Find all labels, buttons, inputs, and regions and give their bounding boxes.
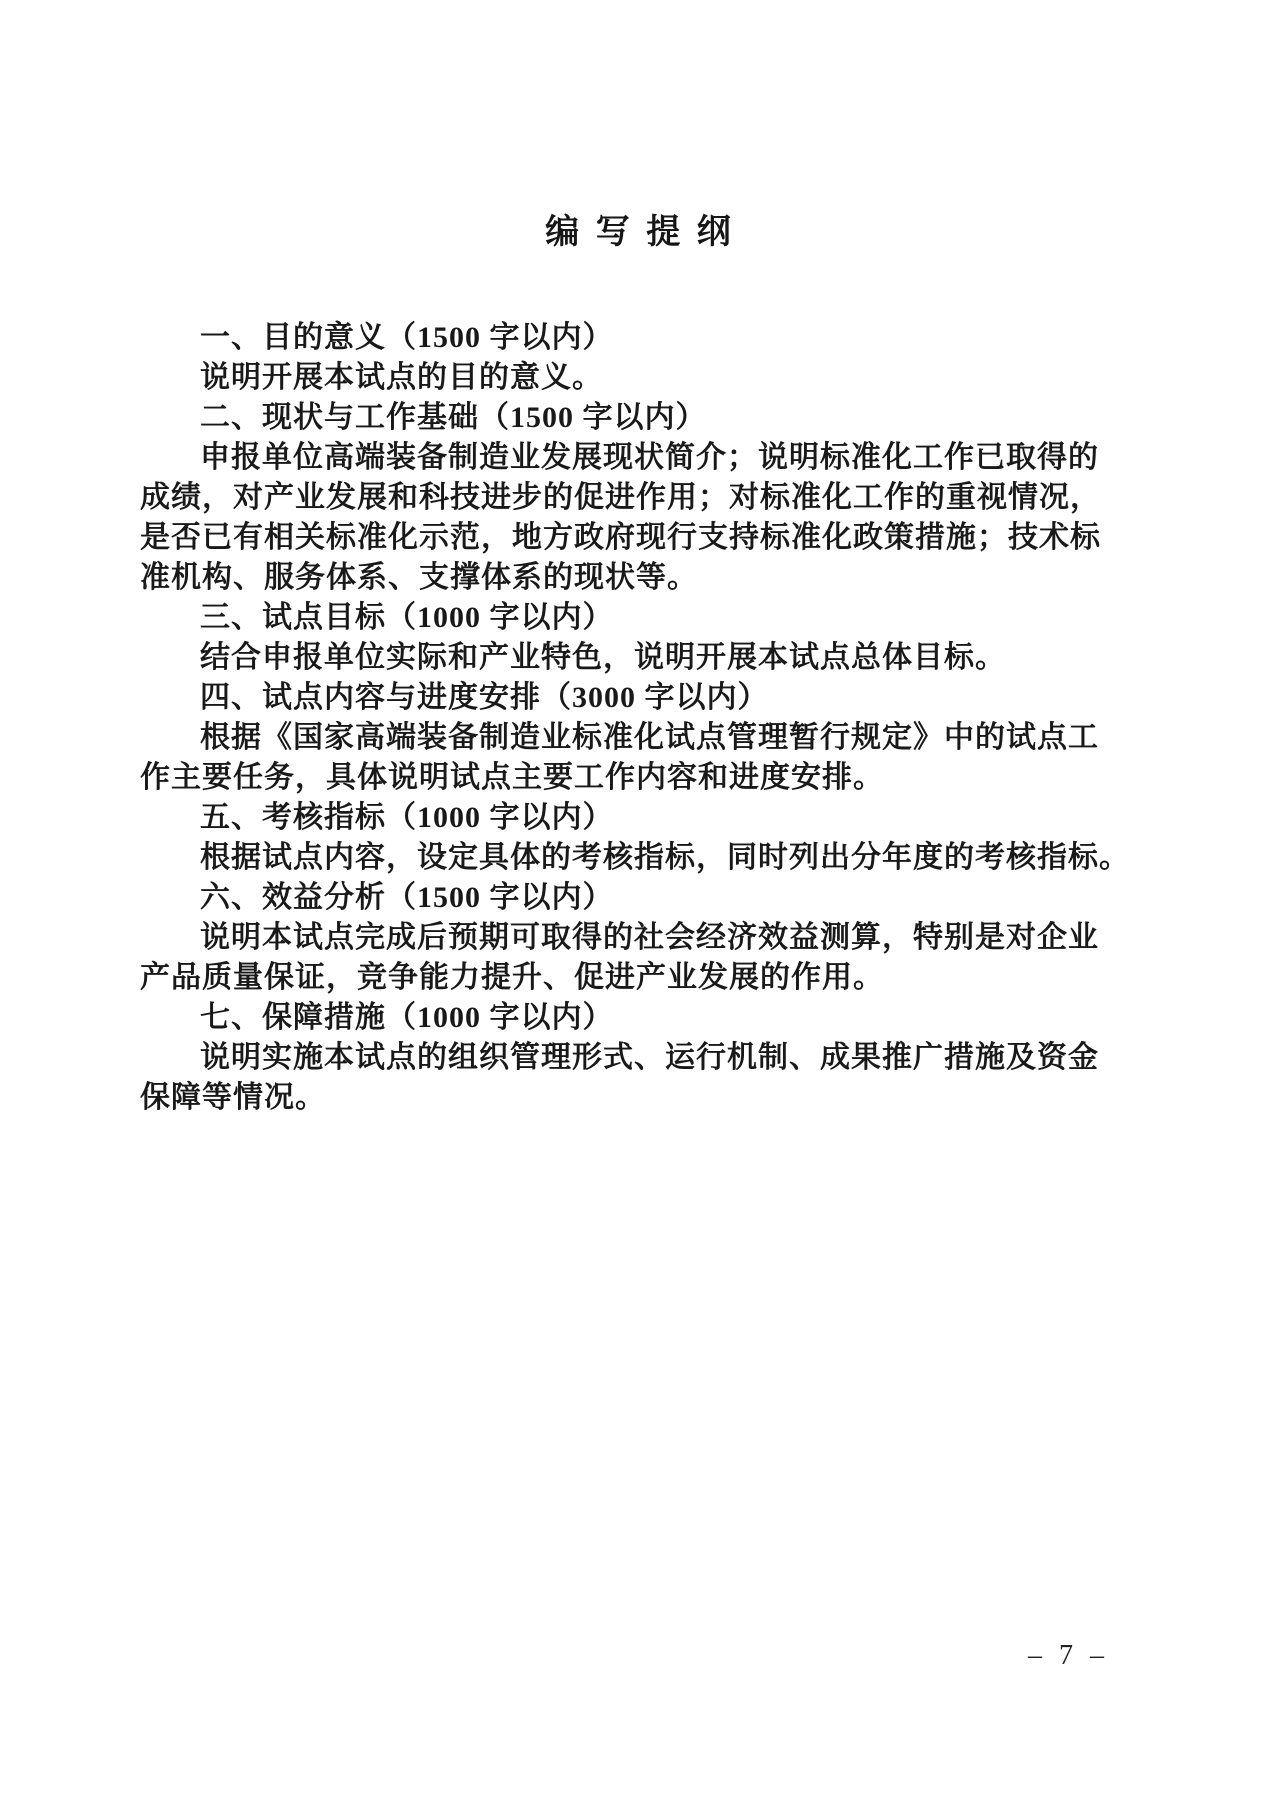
section-heading-6: 六、效益分析（1500 字以内） bbox=[140, 878, 1150, 918]
text-line: 说明本试点完成后预期可取得的社会经济效益测算，特别是对企业 bbox=[140, 918, 1150, 958]
section-heading-2: 二、现状与工作基础（1500 字以内） bbox=[140, 398, 1150, 438]
text-line: 结合申报单位实际和产业特色，说明开展本试点总体目标。 bbox=[140, 638, 1150, 678]
text-line: 准机构、服务体系、支撑体系的现状等。 bbox=[140, 558, 1150, 598]
text-line: 申报单位高端装备制造业发展现状简介；说明标准化工作已取得的 bbox=[140, 438, 1150, 478]
document-title: 编 写 提 纲 bbox=[0, 204, 1280, 253]
text-line: 是否已有相关标准化示范，地方政府现行支持标准化政策措施；技术标 bbox=[140, 518, 1150, 558]
text-line: 保障等情况。 bbox=[140, 1078, 1150, 1118]
section-heading-5: 五、考核指标（1000 字以内） bbox=[140, 798, 1150, 838]
page-number: – 7 – bbox=[1028, 1640, 1104, 1672]
text-line: 说明实施本试点的组织管理形式、运行机制、成果推广措施及资金 bbox=[140, 1038, 1150, 1078]
section-heading-4: 四、试点内容与进度安排（3000 字以内） bbox=[140, 678, 1150, 718]
document-page: 编 写 提 纲 一、目的意义（1500 字以内） 说明开展本试点的目的意义。 二… bbox=[0, 0, 1280, 1809]
text-line: 根据试点内容，设定具体的考核指标，同时列出分年度的考核指标。 bbox=[140, 838, 1150, 878]
text-line: 成绩，对产业发展和科技进步的促进作用；对标准化工作的重视情况， bbox=[140, 478, 1150, 518]
section-heading-1: 一、目的意义（1500 字以内） bbox=[140, 318, 1150, 358]
section-heading-3: 三、试点目标（1000 字以内） bbox=[140, 598, 1150, 638]
text-line: 作主要任务，具体说明试点主要工作内容和进度安排。 bbox=[140, 758, 1150, 798]
section-heading-7: 七、保障措施（1000 字以内） bbox=[140, 998, 1150, 1038]
document-body: 一、目的意义（1500 字以内） 说明开展本试点的目的意义。 二、现状与工作基础… bbox=[140, 318, 1150, 1118]
text-line: 根据《国家高端装备制造业标准化试点管理暂行规定》中的试点工 bbox=[140, 718, 1150, 758]
text-line: 产品质量保证，竞争能力提升、促进产业发展的作用。 bbox=[140, 958, 1150, 998]
text-line: 说明开展本试点的目的意义。 bbox=[140, 358, 1150, 398]
